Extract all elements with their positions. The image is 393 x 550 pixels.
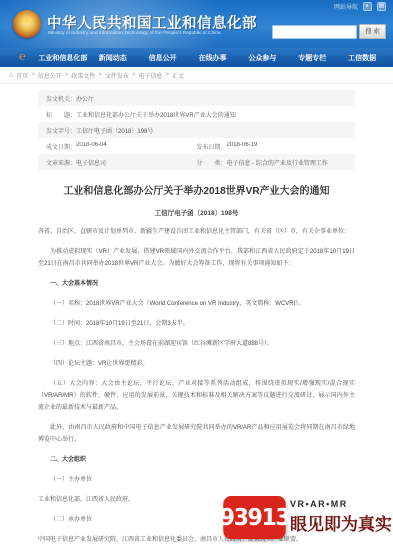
nav-item[interactable]: 信息公开 [138,53,188,63]
meta-label: 发文机关： [46,94,76,103]
meta-row: 成文日期：2018-06-04发布日期：2018-06-19 [38,138,355,154]
paragraph: 各省、自治区、直辖市及计划单列市、新疆生产建设兵团工业和信息化主管部门，有关省（… [38,226,355,238]
meta-label: 分 类： [197,158,227,167]
meta-value: 办公厅 [76,94,94,103]
section-heading: 一、大会基本情况 [38,278,355,290]
paragraph: （三）地点：江西省南昌市，主会场设在前湖迎宾馆（红谷滩新区学府大道888号）。 [38,338,355,350]
paragraph: （一）名称：2018世界VR产业大会（World Conference on V… [38,298,355,310]
breadcrumb-separator: > [165,72,169,78]
paragraph: （四）论坛主题：VR让世界更精彩。 [38,358,355,370]
breadcrumb-item: 正文 [172,71,184,80]
nav-item[interactable]: 工信数据 [337,53,387,63]
watermark-slogan: 眼见即为真实 [290,510,392,535]
site-title: 中华人民共和国工业和信息化部 [47,12,257,33]
meta-field: 发文字号：工信厅电子函〔2018〕198号 [46,126,347,135]
breadcrumb-separator: > [98,72,102,78]
rss-icon[interactable]: » [363,2,372,11]
miit-logo-icon: ℮ [19,51,26,63]
paragraph: （五）大会内容：大会由主论坛、平行论坛、产业对接等系列活动组成，将围绕虚拟现实/… [38,378,355,414]
home-icon[interactable]: ⌂ [9,72,13,79]
meta-value: 工业和信息化部办公厅关于举办2018世界VR产业大会的通知 [76,110,236,119]
meta-value: 电子信息 - 综合的产业及行业管理工作 [227,158,328,167]
meta-label: 文章来源： [46,158,76,167]
watermark-tagline-vr: VR•AR•MR [290,499,392,509]
document-meta-table: 发文机关：办公厅标 题：工业和信息化部办公厅关于举办2018世界VR产业大会的通… [38,90,355,170]
main-nav: ℮ 工业和信息化部新闻动态信息公开在线办事公众参与专题专栏工信数据 [0,48,393,67]
meta-field: 发文机关：办公厅 [46,94,347,103]
meta-field: 发布日期：2018-06-19 [197,142,348,151]
content-area: 发文机关：办公厅标 题：工业和信息化部办公厅关于举办2018世界VR产业大会的通… [38,90,355,546]
breadcrumb-item[interactable]: 文件发布 [105,71,129,80]
topbar: 网站导航 » ▤ [334,2,386,11]
breadcrumb-items: 首页>信息公开>政策文件>文件发布>电子信息>正文 [16,71,184,80]
nav-item[interactable]: 新闻动态 [88,53,138,63]
national-emblem [13,10,41,38]
meta-field: 文章来源：电子信息司 [46,158,197,167]
meta-value: 电子信息司 [76,158,106,167]
breadcrumb-item[interactable]: 电子信息 [138,71,162,80]
nav-item[interactable]: 公众参与 [237,53,287,63]
paragraph: 为推动虚拟现实（VR）产业发展，搭建VR领域国内外交流合作平台，我部和江西省人民… [38,246,355,270]
meta-value: 2018-06-04 [76,142,107,151]
paragraph: （二）时间：2018年10月19日至21日，会期3天半。 [38,318,355,330]
meta-field: 分 类：电子信息 - 综合的产业及行业管理工作 [197,158,348,167]
paragraph: 此外，由南昌市人民政府和中国电子信息产业发展研究院共同举办的VR/AR产品和应用… [38,422,355,446]
breadcrumb-item[interactable]: 信息公开 [38,71,62,80]
meta-label: 发布日期： [197,142,227,151]
nav-item[interactable]: 在线办事 [188,53,238,63]
breadcrumb-separator: > [65,72,69,78]
site-subtitle: Ministry of Industry and Information Tec… [48,31,221,36]
meta-label: 标 题： [46,110,76,119]
breadcrumb-separator: > [31,72,35,78]
search-input[interactable] [272,25,357,39]
breadcrumb-item[interactable]: 首页 [16,71,28,80]
meta-row: 文章来源：电子信息司分 类：电子信息 - 综合的产业及行业管理工作 [38,154,355,170]
nav-item[interactable]: 专题专栏 [287,53,337,63]
watermark-93913: 93913 VR•AR•MR 眼见即为真实 [222,496,392,539]
meta-row: 发文字号：工信厅电子函〔2018〕198号 [38,122,355,138]
meta-value: 2018-06-19 [227,142,258,151]
meta-row: 标 题：工业和信息化部办公厅关于举办2018世界VR产业大会的通知 [38,106,355,122]
meta-label: 成文日期： [46,142,76,151]
meta-field: 成文日期：2018-06-04 [46,142,197,151]
meta-row: 发文机关：办公厅 [38,90,355,106]
paragraph: （一）主办单位 [38,474,355,486]
watermark-text: VR•AR•MR 眼见即为真实 [290,496,392,535]
document-number: 工信厅电子函〔2018〕198号 [38,208,355,217]
meta-label: 发文字号： [46,126,76,135]
watermark-logo: 93913 [223,496,285,539]
breadcrumb: ⌂ 首页>信息公开>政策文件>文件发布>电子信息>正文 [0,67,393,84]
meta-value: 工信厅电子函〔2018〕198号 [76,126,153,135]
search-button[interactable]: 搜 索 [359,24,386,39]
nav-item[interactable]: 工业和信息化部 [38,53,88,63]
site-nav-link[interactable]: 网站导航 [334,2,358,11]
search-bar: 搜 索 [272,24,386,39]
meta-field: 标 题：工业和信息化部办公厅关于举办2018世界VR产业大会的通知 [46,110,347,119]
breadcrumb-item[interactable]: 政策文件 [71,71,95,80]
mail-icon[interactable]: ▤ [377,2,386,11]
breadcrumb-separator: > [132,72,136,78]
nav-items: 工业和信息化部新闻动态信息公开在线办事公众参与专题专栏工信数据 [38,53,387,63]
document-title: 工业和信息化部办公厅关于举办2018世界VR产业大会的通知 [38,185,355,199]
section-heading: 二、大会组织 [38,454,355,466]
site-header: 网站导航 » ▤ 中华人民共和国工业和信息化部 Ministry of Indu… [0,0,393,48]
